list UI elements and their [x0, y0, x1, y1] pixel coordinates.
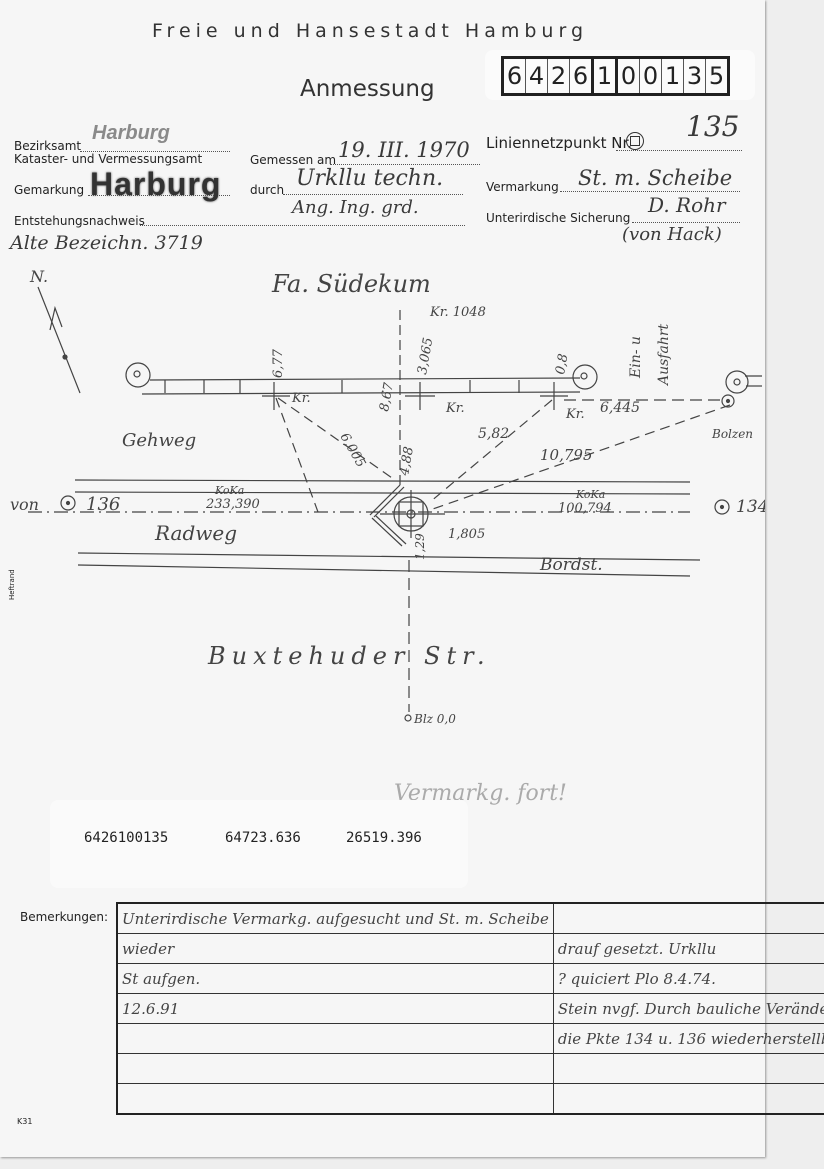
heftrand-label: Heftrand: [8, 569, 16, 600]
svg-text:Kr.: Kr.: [445, 401, 465, 416]
svg-text:von: von: [10, 495, 39, 514]
remarks-row: [117, 1084, 824, 1115]
svg-text:100,794: 100,794: [558, 501, 612, 516]
remarks-cell: [117, 1024, 553, 1054]
remarks-cell: Stein nvgf. Durch bauliche Veränderungen…: [553, 994, 824, 1024]
svg-text:Blz 0,0: Blz 0,0: [413, 712, 456, 726]
svg-text:233,390: 233,390: [205, 497, 260, 512]
svg-text:6,77: 6,77: [271, 348, 286, 378]
svg-text:Bordst.: Bordst.: [539, 555, 603, 575]
remarks-cell: die Pkte 134 u. 136 wiederherstellbar / …: [553, 1024, 824, 1054]
svg-text:Kr.: Kr.: [565, 407, 585, 422]
svg-text:Ausfahrt: Ausfahrt: [656, 323, 672, 387]
coordinate-card: 6426100135 64723.636 26519.396: [50, 800, 468, 888]
remarks-cell: [553, 903, 824, 934]
remarks-row: die Pkte 134 u. 136 wiederherstellbar / …: [117, 1024, 824, 1054]
svg-text:Buxtehuder Str.: Buxtehuder Str.: [207, 642, 491, 670]
svg-text:Kr. 1048: Kr. 1048: [429, 305, 486, 320]
remarks-cell: [553, 1084, 824, 1115]
svg-text:5,82: 5,82: [478, 426, 509, 442]
svg-text:1,805: 1,805: [448, 527, 485, 542]
remarks-cell: [117, 1084, 553, 1115]
coord-x: 64723.636: [225, 830, 301, 846]
svg-text:1,29: 1,29: [413, 533, 427, 560]
remarks-cell: drauf gesetzt. Urkllu: [553, 934, 824, 964]
svg-text:Ein- u: Ein- u: [628, 336, 644, 379]
svg-text:8,67: 8,67: [377, 381, 397, 413]
svg-text:10,795: 10,795: [540, 446, 593, 464]
survey-sketch: N. Fa. Südekum Kr. 1048 Kr. Kr. Kr. Gehw…: [0, 0, 765, 820]
remarks-row: [117, 1054, 824, 1084]
remarks-label: Bemerkungen:: [20, 910, 108, 924]
coord-y: 26519.396: [346, 830, 422, 846]
remarks-cell: [553, 1054, 824, 1084]
remarks-table: Unterirdische Vermarkg. aufgesucht und S…: [116, 902, 824, 1115]
svg-text:6,445: 6,445: [600, 400, 640, 416]
remarks-cell: Unterirdische Vermarkg. aufgesucht und S…: [117, 903, 553, 934]
remarks-cell: 12.6.91: [117, 994, 553, 1024]
survey-form-sheet: Freie und Hansestadt Hamburg Anmessung 6…: [0, 0, 765, 1157]
svg-text:3,065: 3,065: [415, 336, 436, 375]
svg-text:134: 134: [736, 497, 765, 517]
remarks-cell: [117, 1054, 553, 1084]
remarks-row: wiederdrauf gesetzt. Urkllu19. III. 1970: [117, 934, 824, 964]
remarks-row: 12.6.91Stein nvgf. Durch bauliche Veränd…: [117, 994, 824, 1024]
remarks-cell: St aufgen.: [117, 964, 553, 994]
svg-text:Bolzen: Bolzen: [711, 427, 753, 441]
svg-text:Radweg: Radweg: [154, 521, 237, 545]
svg-text:N.: N.: [29, 267, 48, 286]
remarks-cell: wieder: [117, 934, 553, 964]
svg-text:136: 136: [86, 494, 120, 515]
svg-text:Gehweg: Gehweg: [122, 430, 196, 451]
svg-text:Fa. Südekum: Fa. Südekum: [271, 270, 431, 298]
form-code: K31: [17, 1117, 32, 1126]
svg-text:Kr.: Kr.: [291, 391, 311, 406]
remarks-row: St aufgen.? quiciert Plo 8.4.74.: [117, 964, 824, 994]
svg-text:6,005: 6,005: [337, 431, 369, 471]
svg-text:KoKa: KoKa: [214, 484, 244, 497]
remarks-row: Unterirdische Vermarkg. aufgesucht und S…: [117, 903, 824, 934]
svg-text:KoKa: KoKa: [575, 488, 605, 501]
remarks-cell: ? quiciert Plo 8.4.74.: [553, 964, 824, 994]
svg-text:0,8: 0,8: [553, 353, 571, 376]
coord-point-id: 6426100135: [84, 830, 168, 846]
